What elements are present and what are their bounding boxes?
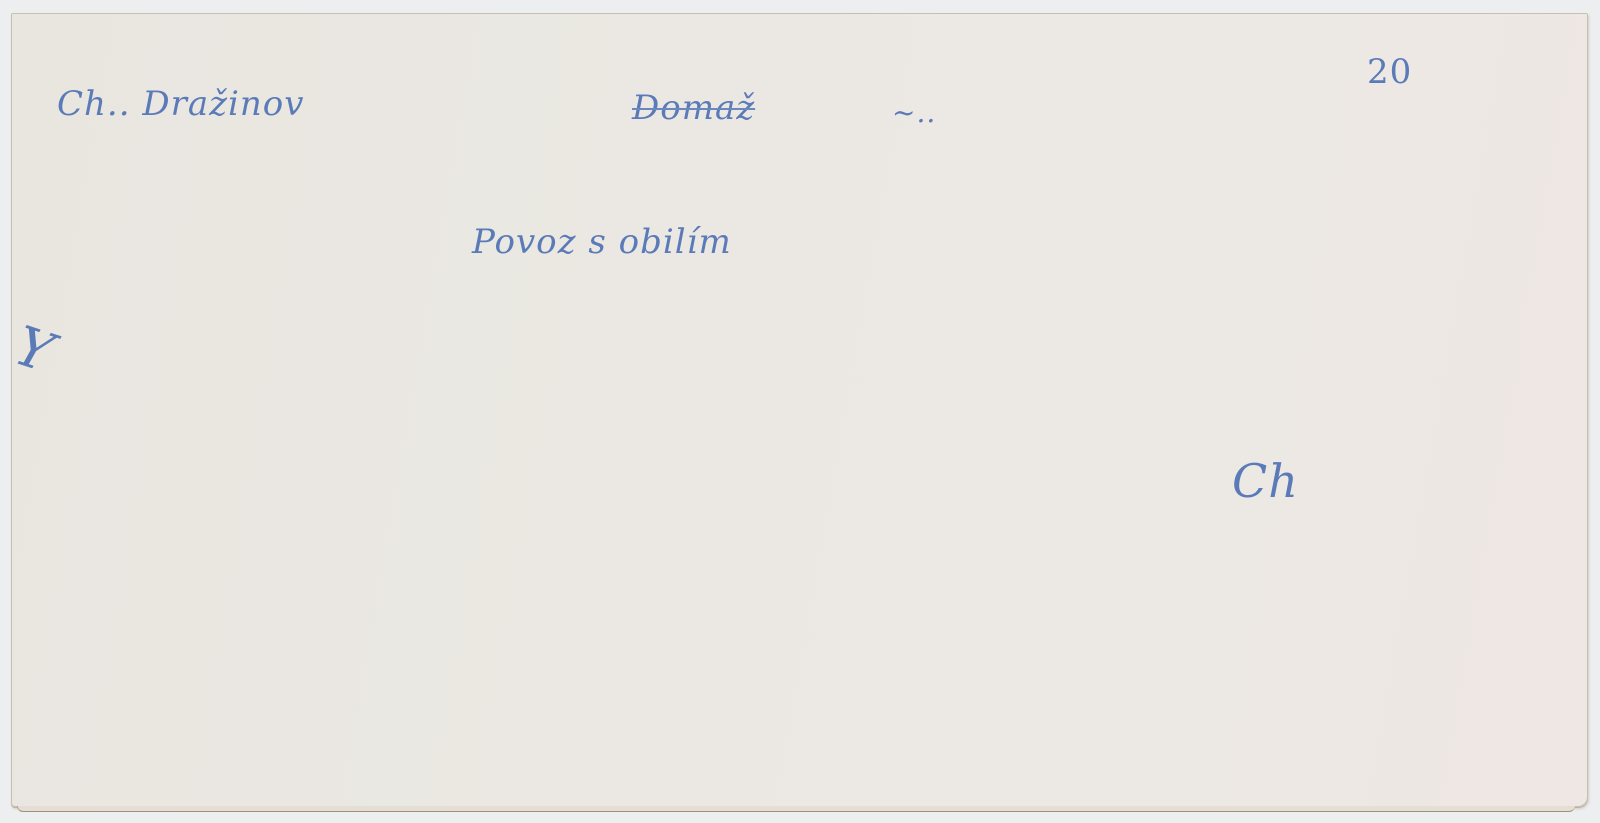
margin-mark: Y <box>8 314 62 385</box>
initials-signature: Ch <box>1232 454 1299 508</box>
struck-out-word: Domaž <box>632 88 755 128</box>
caption-text: Povoz s obilím <box>472 222 732 262</box>
location-annotation: Ch.. Dražinov <box>57 84 304 124</box>
archival-card: Ch.. Dražinov Domaž ~.. 20 Povoz s obilí… <box>11 13 1588 807</box>
trailing-mark: ~.. <box>892 96 936 129</box>
page-number: 20 <box>1367 52 1412 92</box>
